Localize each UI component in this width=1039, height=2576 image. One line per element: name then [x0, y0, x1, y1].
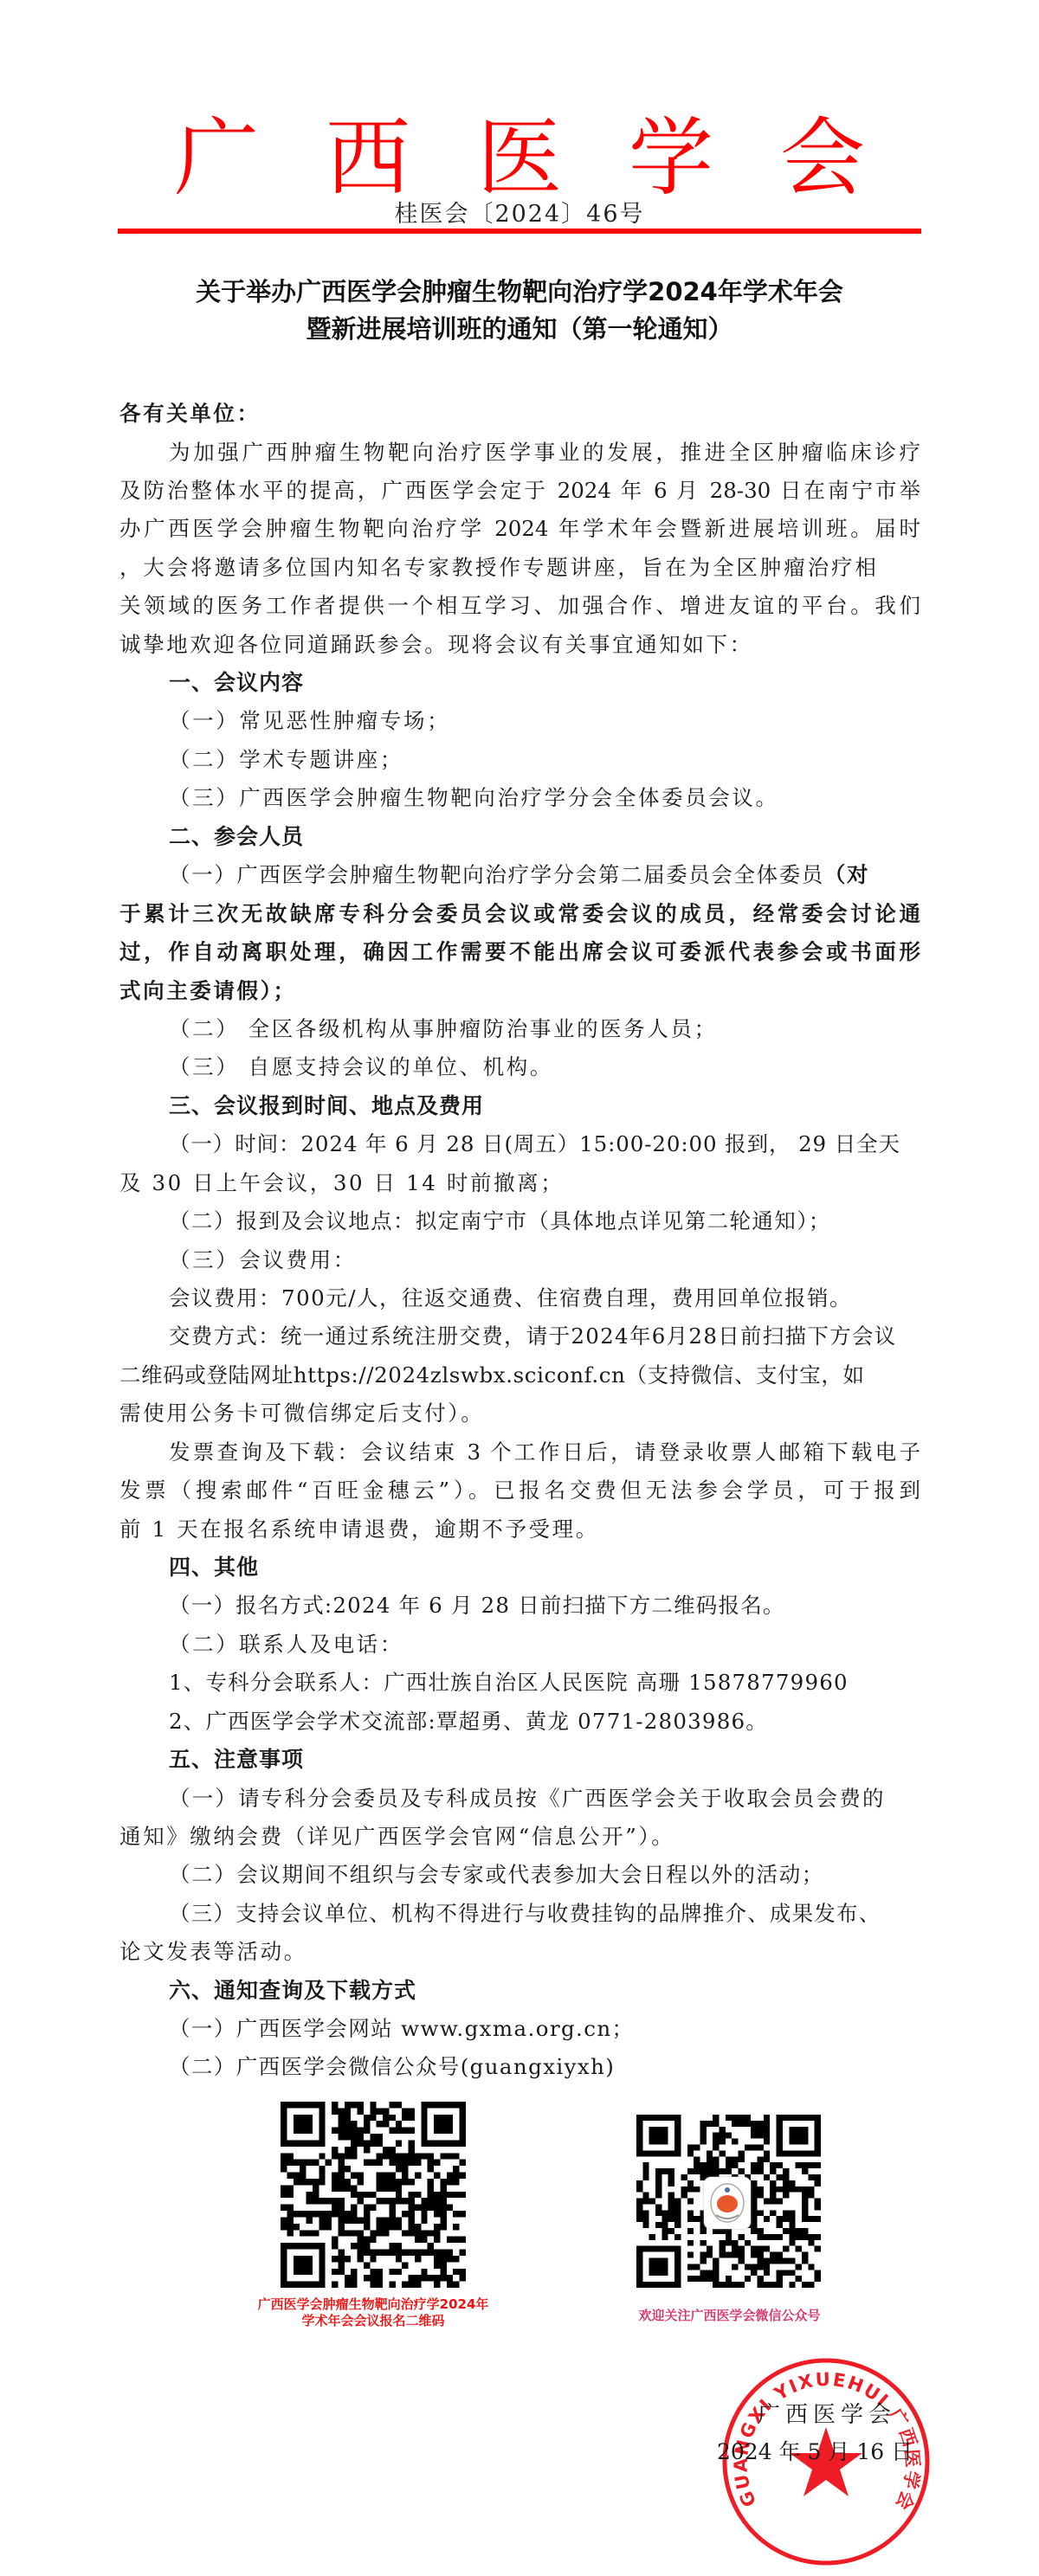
- org-title-char: 西: [325, 111, 411, 206]
- list-item: （二）报到及会议地点：拟定南宁市（具体地点详见第二轮通知）；: [169, 1204, 920, 1239]
- org-title-char: 广: [173, 111, 260, 206]
- member-note-normal: （一）广西医学会肿瘤生物靶向治疗学分会第二届委员会全体委员: [169, 862, 824, 887]
- bold-paragraph-line: 过，作自动离职处理，确因工作需要不能出席会议可委派代表参会或书面形: [119, 935, 920, 969]
- section-heading-5: 五、注意事项: [169, 1742, 920, 1777]
- qr-code-icon: [281, 2102, 466, 2288]
- wechat-qr-caption: 欢迎关注广西医学会微信公众号: [623, 2308, 836, 2324]
- caption-line: 广西医学会肿瘤生物靶向治疗学2024年: [248, 2296, 499, 2313]
- list-item: （二）联系人及电话：: [169, 1627, 920, 1662]
- signing-organization: 广西医学会: [753, 2399, 900, 2431]
- section-heading-3: 三、会议报到时间、地点及费用: [169, 1089, 920, 1124]
- payment-line: 交费方式：统一通过系统注册交费，请于2024年6月28日前扫描下方会议: [169, 1319, 920, 1354]
- list-item: （三） 自愿支持会议的单位、机构。: [169, 1050, 920, 1085]
- section-heading-4: 四、其他: [169, 1550, 920, 1585]
- list-item: 论文发表等活动。: [119, 1935, 920, 1969]
- list-item: （二）会议期间不组织与会专家或代表参加大会日程以外的活动；: [169, 1858, 920, 1892]
- paragraph-line: 诚挚地欢迎各位同道踊跃参会。现将会议有关事宜通知如下：: [119, 628, 920, 662]
- list-item: （一）请专科分会委员及专科成员按《广西医学会关于收取会员会费的: [169, 1781, 920, 1816]
- section-heading-1: 一、会议内容: [169, 666, 920, 700]
- registration-qr-caption: 广西医学会肿瘤生物靶向治疗学2024年 学术年会会议报名二维码: [248, 2296, 499, 2329]
- invoice-line: 发票（搜索邮件“百旺金穗云”）。已报名交费但无法参会学员，可于报到: [119, 1473, 920, 1508]
- list-item: （三）会议费用：: [169, 1243, 920, 1278]
- member-note-bold: （对: [824, 862, 869, 887]
- contact-line: 2、广西医学会学术交流部:覃超勇、黄龙 0771-2803986。: [169, 1704, 920, 1739]
- bold-paragraph-line: 于累计三次无故缺席专科分会委员会议或常委会议的成员，经常委会讨论通: [119, 897, 920, 931]
- invoice-line: 前 1 天在报名系统申请退费，逾期不予受理。: [119, 1512, 920, 1547]
- society-logo-icon: [704, 2177, 751, 2229]
- paragraph-line: 及防治整体水平的提高，广西医学会定于 2024 年 6 月 28-30 日在南宁…: [119, 473, 920, 508]
- salutation: 各有关单位：: [119, 396, 920, 431]
- section-heading-2: 二、参会人员: [169, 820, 920, 854]
- list-item: （三）支持会议单位、机构不得进行与收费挂钩的品牌推介、成果发布、: [169, 1897, 920, 1931]
- wechat-account-line: （二）广西医学会微信公众号(guangxiyxh): [169, 2050, 920, 2084]
- paragraph-line: 办广西医学会肿瘤生物靶向治疗学 2024 年学术年会暨新进展培训班。届时: [119, 512, 920, 546]
- org-title-char: 学: [628, 111, 714, 206]
- caption-line: 学术年会会议报名二维码: [248, 2313, 499, 2329]
- contact-line: 1、专科分会联系人：广西壮族自治区人民医院 高珊 15878779960: [169, 1665, 920, 1700]
- payment-url-line[interactable]: 二维码或登陆网址https://2024zlswbx.sciconf.cn（支持…: [119, 1358, 920, 1393]
- list-item: （一）广西医学会肿瘤生物靶向治疗学分会第二届委员会全体委员（对: [169, 858, 920, 892]
- website-line[interactable]: （一）广西医学会网站 www.gxma.org.cn；: [169, 2012, 920, 2046]
- notice-title-line-2: 暨新进展培训班的通知（第一轮通知）: [118, 312, 921, 346]
- list-item: 及 30 日上午会议，30 日 14 时前撤离；: [119, 1166, 920, 1201]
- notice-title-line-1: 关于举办广西医学会肿瘤生物靶向治疗学2024年学术年会: [118, 274, 921, 309]
- bold-paragraph-line: 式向主委请假）；: [119, 974, 920, 1008]
- payment-line: 需使用公务卡可微信绑定后支付）。: [119, 1396, 920, 1431]
- paragraph-line: 为加强广西肿瘤生物靶向治疗医学事业的发展，推进全区肿瘤临床诊疗: [169, 435, 920, 470]
- section-heading-6: 六、通知查询及下载方式: [169, 1974, 920, 2008]
- list-item: （一）时间：2024 年 6 月 28 日(周五）15:00-20:00 报到，…: [169, 1127, 920, 1162]
- list-item: 通知》缴纳会费（详见广西医学会官网“信息公开”）。: [119, 1819, 920, 1854]
- registration-qr-code[interactable]: [281, 2102, 466, 2288]
- list-item: （二）学术专题讲座；: [169, 743, 920, 777]
- signing-date: 2024 年 5 月 16 日: [717, 2437, 918, 2468]
- list-item: （一）常见恶性肿瘤专场；: [169, 704, 920, 738]
- red-header-rule: [118, 229, 921, 234]
- document-number: 桂医会〔2024〕46号: [346, 199, 693, 230]
- list-item: （一）报名方式:2024 年 6 月 28 日前扫描下方二维码报名。: [169, 1588, 920, 1623]
- invoice-line: 发票查询及下载：会议结束 3 个工作日后，请登录收票人邮箱下载电子: [169, 1435, 920, 1470]
- organization-title: 广 西 医 学 会: [173, 111, 866, 206]
- paragraph-line: ，大会将邀请多位国内知名专家教授作专题讲座，旨在为全区肿瘤治疗相: [119, 551, 920, 585]
- list-item: （三）广西医学会肿瘤生物靶向治疗学分会全体委员会议。: [169, 781, 920, 815]
- paragraph-line: 关领域的医务工作者提供一个相互学习、加强合作、增进友谊的平台。我们: [119, 589, 920, 623]
- org-title-char: 会: [779, 111, 866, 206]
- org-title-char: 医: [476, 111, 563, 206]
- fee-line: 会议费用：700元/人，往返交通费、住宿费自理，费用回单位报销。: [169, 1281, 920, 1316]
- list-item: （二） 全区各级机构从事肿瘤防治事业的医务人员；: [169, 1012, 920, 1046]
